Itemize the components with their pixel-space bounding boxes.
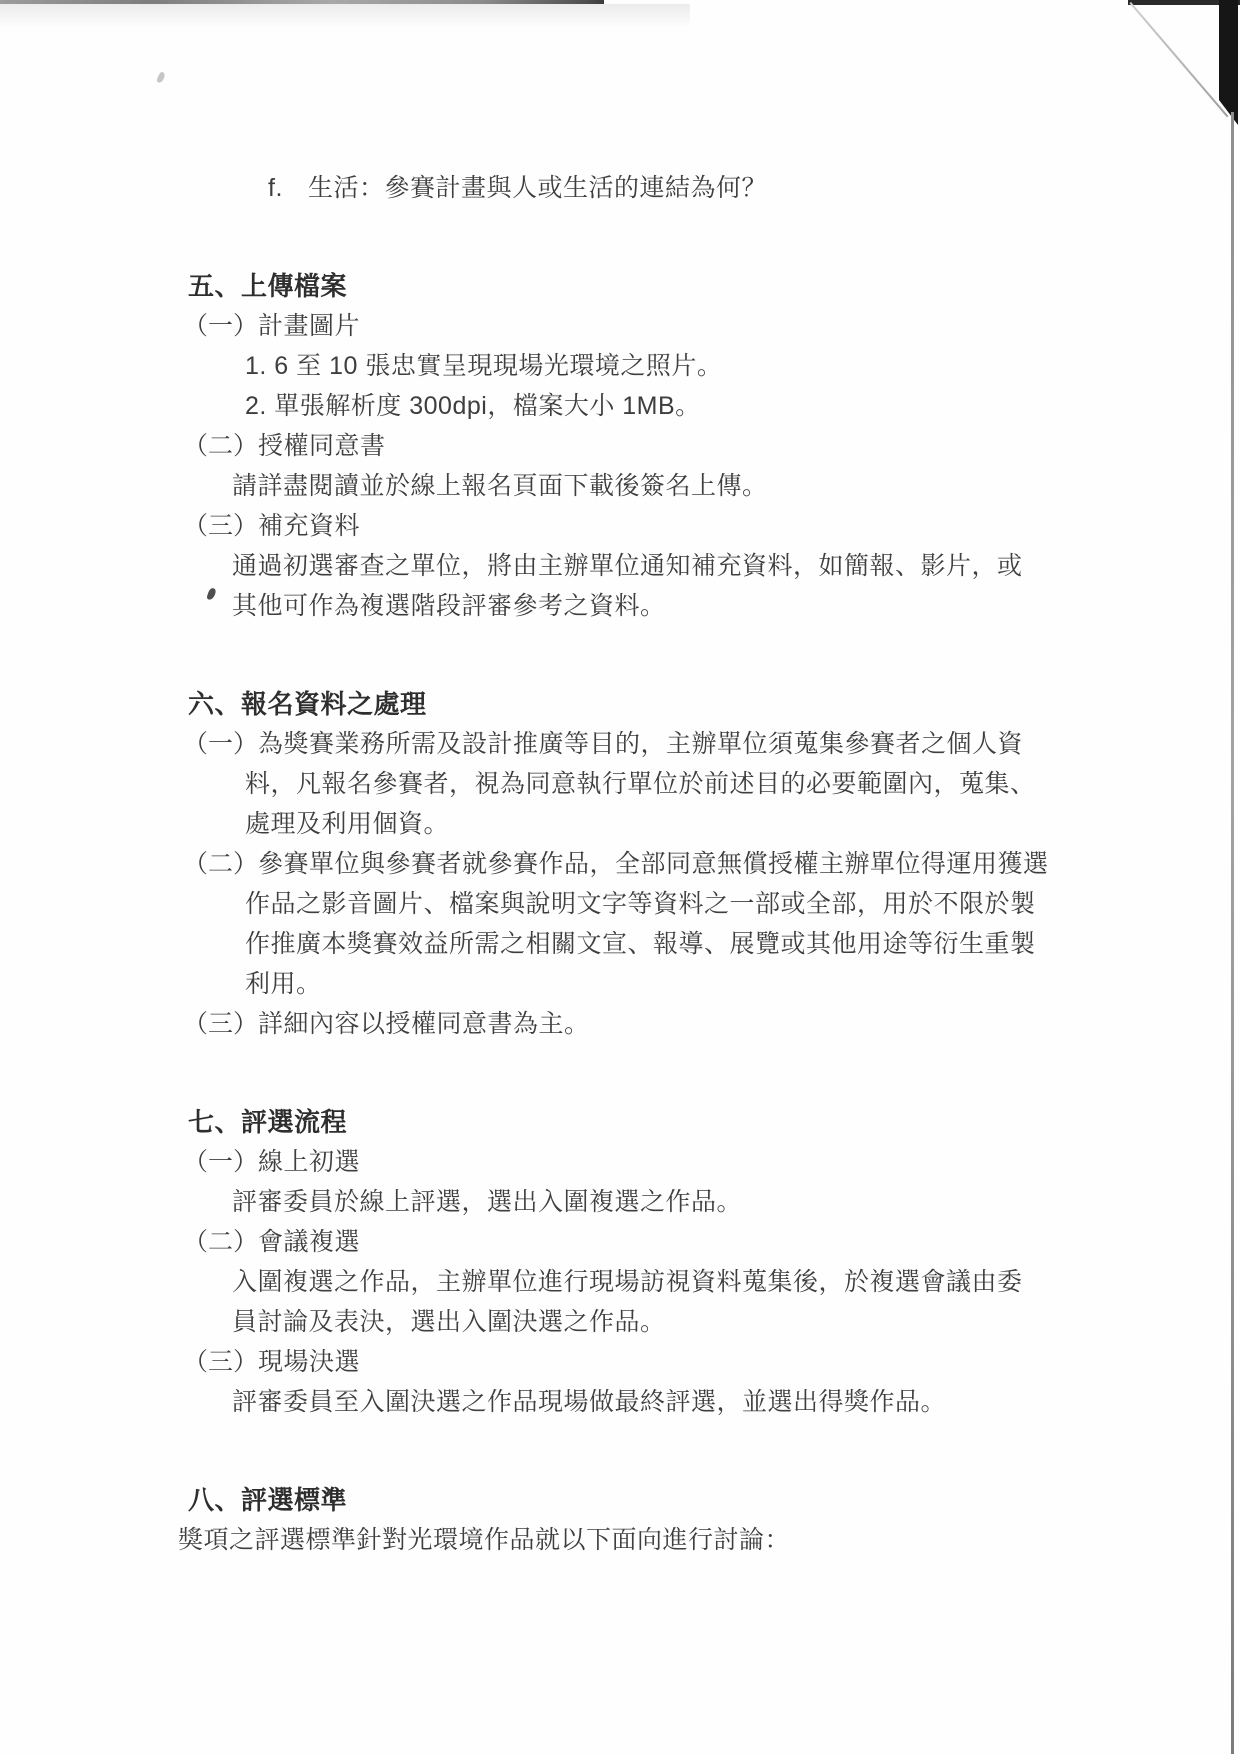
item-number: （一） — [183, 1148, 258, 1176]
line-text: 其他可作為複選階段評審參考之資料。 — [232, 592, 666, 620]
list-marker: f. — [268, 168, 308, 208]
doc-line: 處理及利用個資。 — [0, 804, 1240, 844]
doc-line: 獎項之評選標準針對光環境作品就以下面向進行討論： — [0, 1520, 1240, 1560]
item-number: （三） — [183, 1010, 258, 1038]
line-text: 六、報名資料之處理 — [188, 689, 427, 719]
doc-line: （三）詳細內容以授權同意書為主。 — [0, 1004, 1240, 1044]
item-number: （二） — [183, 432, 258, 460]
line-text: 授權同意書 — [258, 432, 386, 460]
doc-line: （二）參賽單位與參賽者就參賽作品，全部同意無償授權主辦單位得運用獲選 — [0, 844, 1240, 884]
line-text: 作品之影音圖片、檔案與說明文字等資料之一部或全部，用於不限於製 — [245, 890, 1036, 918]
line-text: 利用。 — [245, 970, 322, 998]
section-heading: 八、評選標準 — [0, 1480, 1240, 1520]
doc-line: 2. 單張解析度 300dpi，檔案大小 1MB。 — [0, 386, 1240, 426]
line-text: 八、評選標準 — [188, 1485, 347, 1515]
line-text: 入圍複選之作品，主辦單位進行現場訪視資料蒐集後，於複選會議由委 — [232, 1268, 1023, 1296]
line-text: 會議複選 — [258, 1228, 360, 1256]
line-text: 處理及利用個資。 — [245, 810, 449, 838]
scanned-document-page: f.生活：參賽計畫與人或生活的連結為何？五、上傳檔案（一）計畫圖片1. 6 至 … — [0, 0, 1240, 1754]
line-text: 七、評選流程 — [188, 1107, 347, 1137]
doc-line: 作推廣本獎賽效益所需之相關文宣、報導、展覽或其他用途等衍生重製 — [0, 924, 1240, 964]
doc-line: （一）線上初選 — [0, 1142, 1240, 1182]
line-text: 通過初選審查之單位，將由主辦單位通知補充資料，如簡報、影片，或 — [232, 552, 1023, 580]
doc-line: （一）計畫圖片 — [0, 306, 1240, 346]
doc-line: 評審委員於線上評選，選出入圍複選之作品。 — [0, 1182, 1240, 1222]
scan-artifact-speck — [156, 71, 166, 84]
line-text: 補充資料 — [258, 512, 360, 540]
line-text: 參賽單位與參賽者就參賽作品，全部同意無償授權主辦單位得運用獲選 — [258, 850, 1049, 878]
section-heading: 五、上傳檔案 — [0, 266, 1240, 306]
section-heading: 六、報名資料之處理 — [0, 684, 1240, 724]
item-number: （三） — [183, 1348, 258, 1376]
line-text: 生活：參賽計畫與人或生活的連結為何？ — [308, 174, 767, 202]
line-text: 1. 6 至 10 張忠實呈現現場光環境之照片。 — [245, 352, 722, 380]
line-text: 獎項之評選標準針對光環境作品就以下面向進行討論： — [178, 1526, 790, 1554]
line-text: 為獎賽業務所需及設計推廣等目的，主辦單位須蒐集參賽者之個人資 — [258, 730, 1023, 758]
doc-line: （二）授權同意書 — [0, 426, 1240, 466]
line-text: 料，凡報名參賽者，視為同意執行單位於前述目的必要範圍內，蒐集、 — [245, 770, 1036, 798]
doc-line: （二）會議複選 — [0, 1222, 1240, 1262]
line-text: 現場決選 — [258, 1348, 360, 1376]
doc-line: 1. 6 至 10 張忠實呈現現場光環境之照片。 — [0, 346, 1240, 386]
doc-line: f.生活：參賽計畫與人或生活的連結為何？ — [0, 168, 1240, 208]
page-fold-crease-line — [1129, 2, 1228, 117]
page-fold-corner-bar — [1219, 0, 1238, 125]
section-heading: 七、評選流程 — [0, 1102, 1240, 1142]
doc-line: （一）為獎賽業務所需及設計推廣等目的，主辦單位須蒐集參賽者之個人資 — [0, 724, 1240, 764]
item-number: （二） — [183, 1228, 258, 1256]
item-number: （三） — [183, 512, 258, 540]
doc-line: （三）現場決選 — [0, 1342, 1240, 1382]
doc-line: 請詳盡閱讀並於線上報名頁面下載後簽名上傳。 — [0, 466, 1240, 506]
line-text: 評審委員至入圍決選之作品現場做最終評選，並選出得獎作品。 — [232, 1388, 946, 1416]
line-text: 五、上傳檔案 — [188, 271, 347, 301]
line-text: 計畫圖片 — [258, 312, 360, 340]
doc-line: 其他可作為複選階段評審參考之資料。 — [0, 586, 1240, 626]
line-text: 線上初選 — [258, 1148, 360, 1176]
doc-line: 利用。 — [0, 964, 1240, 1004]
line-text: 詳細內容以授權同意書為主。 — [258, 1010, 590, 1038]
doc-line: 通過初選審查之單位，將由主辦單位通知補充資料，如簡報、影片，或 — [0, 546, 1240, 586]
doc-line: 作品之影音圖片、檔案與說明文字等資料之一部或全部，用於不限於製 — [0, 884, 1240, 924]
doc-line: 評審委員至入圍決選之作品現場做最終評選，並選出得獎作品。 — [0, 1382, 1240, 1422]
line-text: 2. 單張解析度 300dpi，檔案大小 1MB。 — [245, 392, 701, 420]
doc-line: 員討論及表決，選出入圍決選之作品。 — [0, 1302, 1240, 1342]
line-text: 員討論及表決，選出入圍決選之作品。 — [232, 1308, 666, 1336]
doc-line: （三）補充資料 — [0, 506, 1240, 546]
document-body: f.生活：參賽計畫與人或生活的連結為何？五、上傳檔案（一）計畫圖片1. 6 至 … — [0, 168, 1240, 1560]
item-number: （一） — [183, 730, 258, 758]
line-text: 請詳盡閱讀並於線上報名頁面下載後簽名上傳。 — [232, 472, 768, 500]
doc-line: 料，凡報名參賽者，視為同意執行單位於前述目的必要範圍內，蒐集、 — [0, 764, 1240, 804]
item-number: （一） — [183, 312, 258, 340]
line-text: 作推廣本獎賽效益所需之相關文宣、報導、展覽或其他用途等衍生重製 — [245, 930, 1036, 958]
item-number: （二） — [183, 850, 258, 878]
line-text: 評審委員於線上評選，選出入圍複選之作品。 — [232, 1188, 742, 1216]
scan-artifact-top-shadow — [0, 4, 690, 28]
doc-line: 入圍複選之作品，主辦單位進行現場訪視資料蒐集後，於複選會議由委 — [0, 1262, 1240, 1302]
